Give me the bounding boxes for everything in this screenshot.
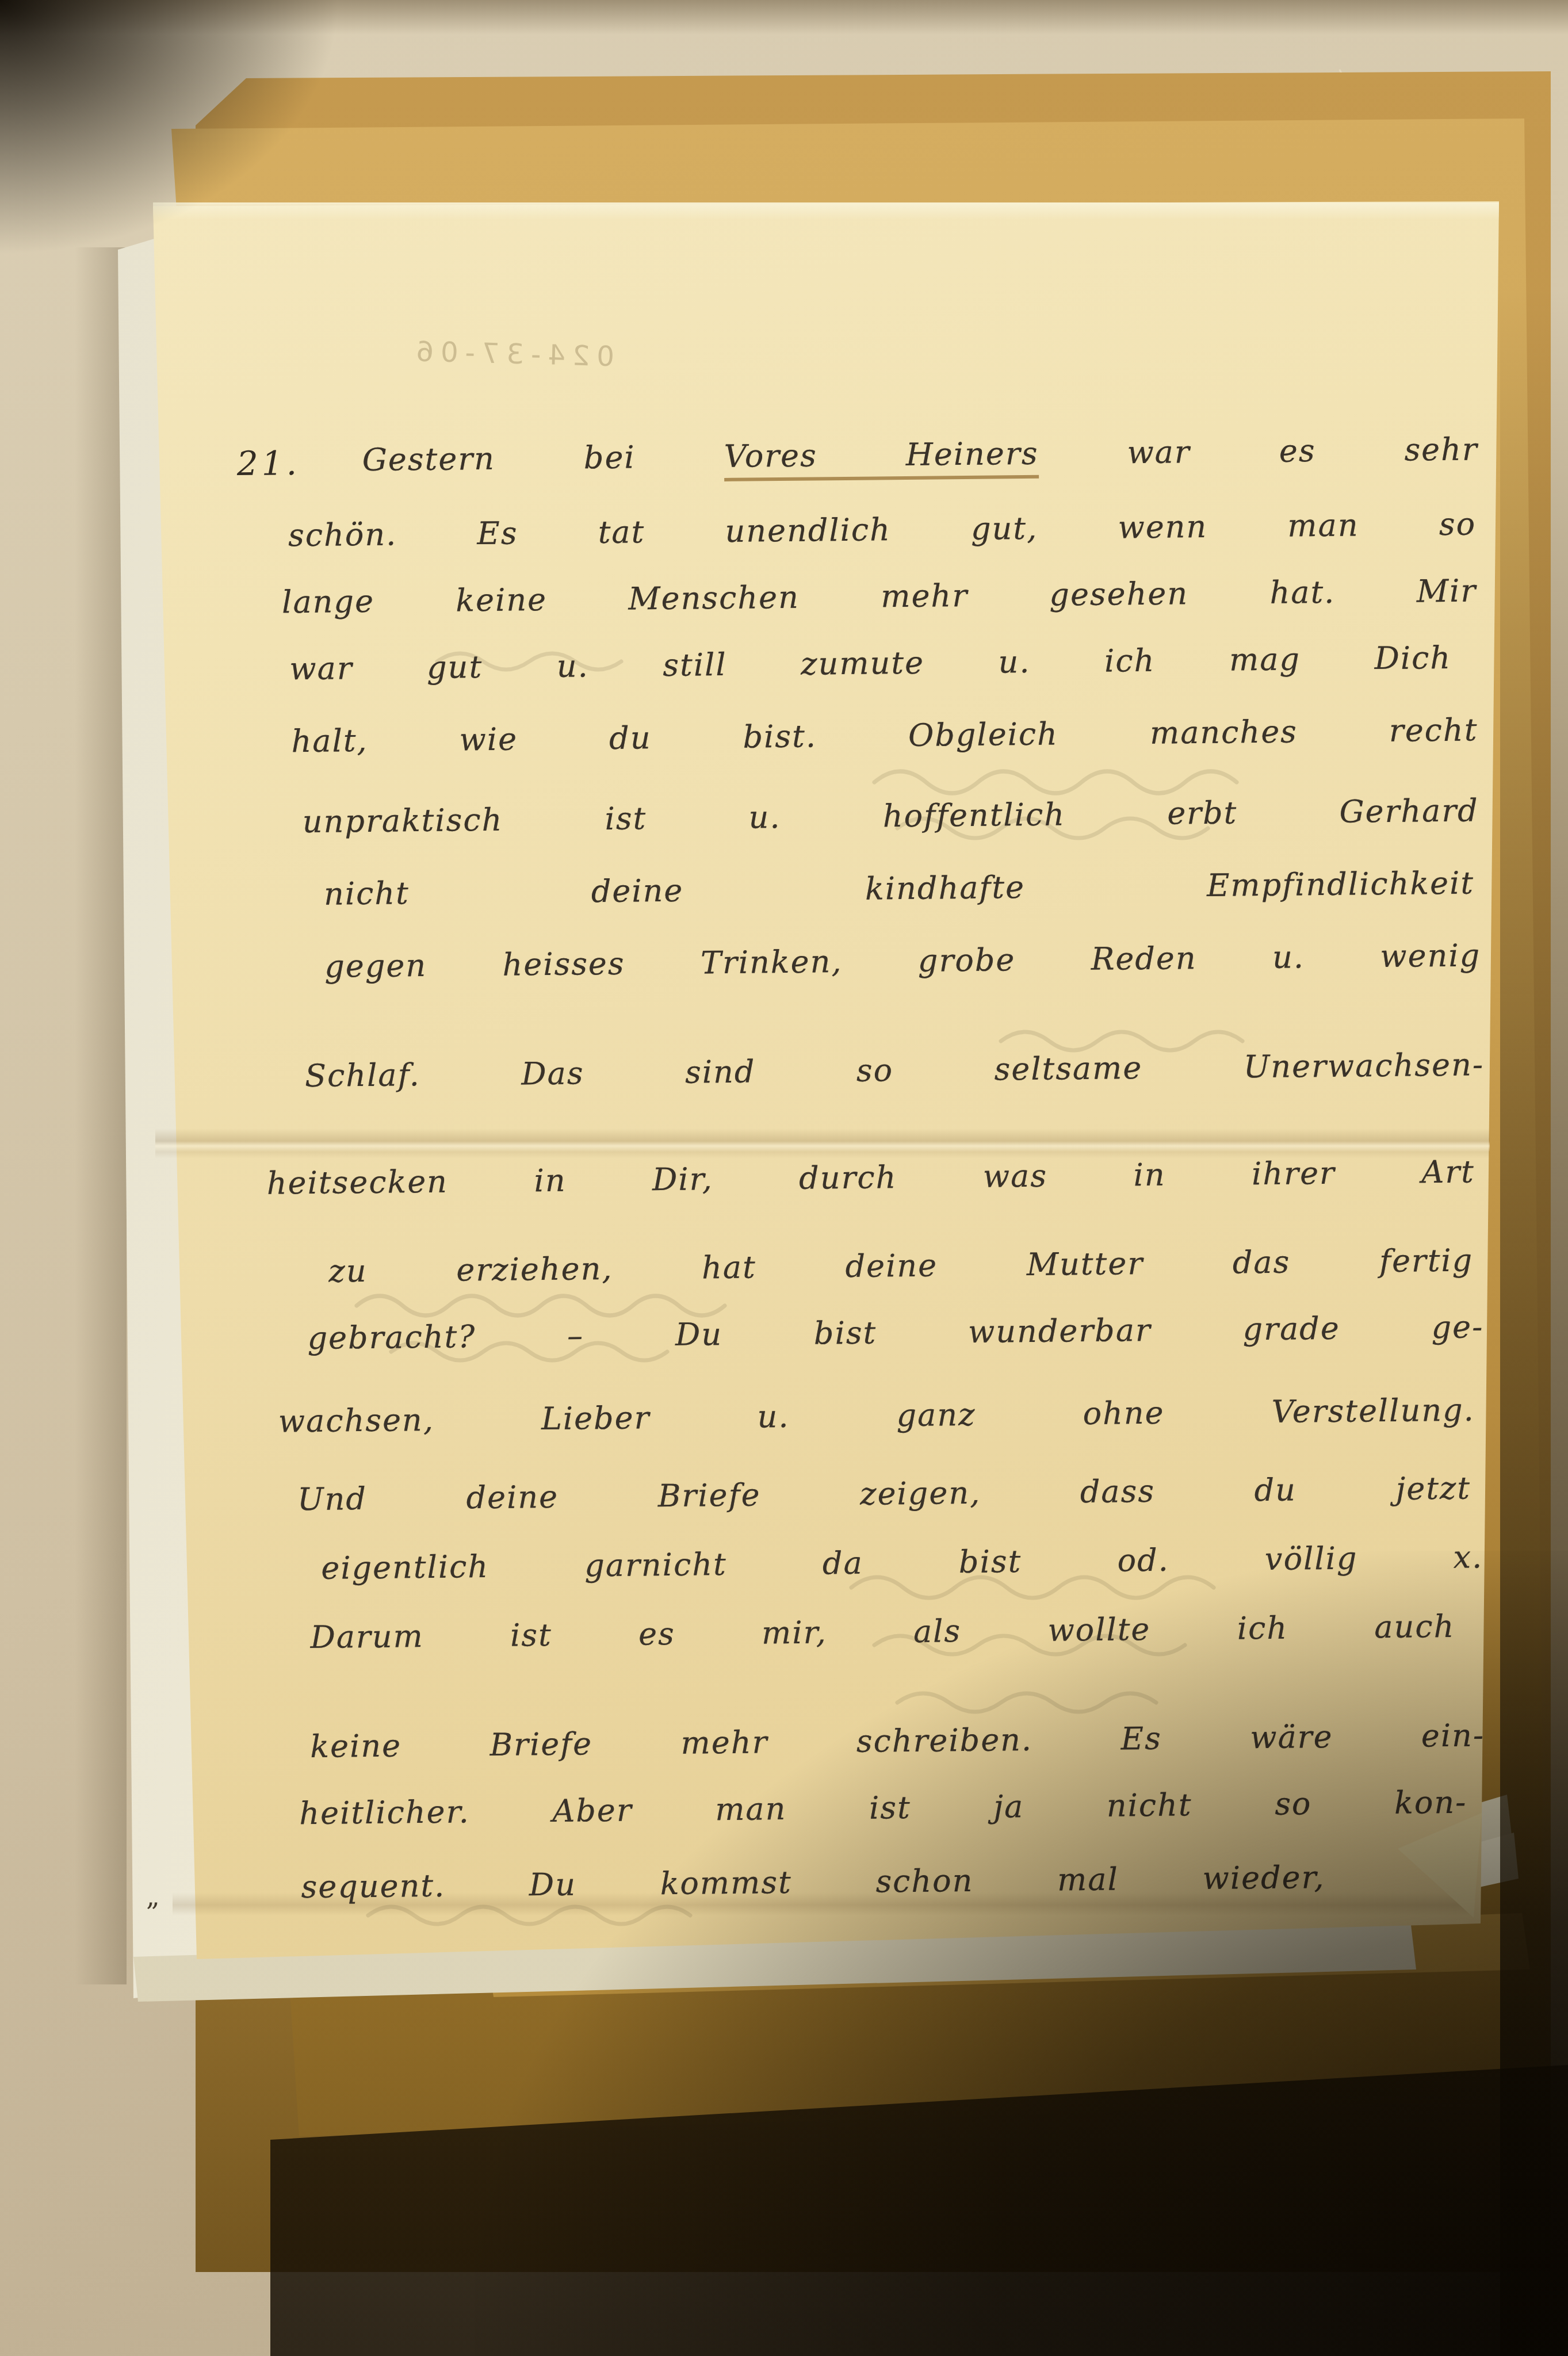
handwriting-line: Und deine Briefe zeigen, dass du jetzt bbox=[297, 1470, 1471, 1518]
handwriting-line: heitsecken in Dir, durch was in ihrer Ar… bbox=[267, 1153, 1475, 1201]
handwriting-line: halt, wie du bist. Obgleich manches rech… bbox=[291, 712, 1478, 759]
handwriting-line: Schlaf. Das sind so seltsame Unerwachsen… bbox=[305, 1046, 1485, 1094]
handwriting-line: unpraktisch ist u. hoffentlich erbt Gerh… bbox=[303, 792, 1479, 840]
ink-corner-mark: „ bbox=[146, 1880, 160, 1911]
handwriting-line: lange keine Menschen mehr gesehen hat. M… bbox=[282, 572, 1477, 620]
handwriting-line: wachsen, Lieber u. ganz ohne Verstellung… bbox=[278, 1391, 1475, 1439]
handwriting-line: gegen heisses Trinken, grobe Reden u. we… bbox=[324, 937, 1481, 984]
bleed-through-number: 024-37-06 bbox=[269, 332, 614, 373]
line-text: war es sehr bbox=[1127, 431, 1478, 471]
handwriting-line: gebracht? – Du bist wunderbar grade ge- bbox=[307, 1309, 1484, 1356]
line-text: Gestern bei bbox=[362, 439, 636, 478]
bottom-right-dark-corner bbox=[475, 1551, 1568, 2356]
handwriting-line: zu erziehen, hat deine Mutter das fertig bbox=[328, 1242, 1474, 1290]
handwriting-line: Gestern bei Vores Heiners war es sehr bbox=[362, 431, 1479, 478]
entry-number: 21. bbox=[237, 443, 301, 483]
handwriting-line: schön. Es tat unendlich gut, wenn man so bbox=[288, 506, 1477, 553]
underlined-name: Vores Heiners bbox=[724, 435, 1038, 481]
top-left-dark-corner bbox=[0, 0, 368, 276]
handwriting-line: war gut u. still zumute u. ich mag Dich bbox=[289, 640, 1452, 687]
handwriting-line: nicht deine kindhafte Empfindlichkeit bbox=[324, 865, 1475, 912]
